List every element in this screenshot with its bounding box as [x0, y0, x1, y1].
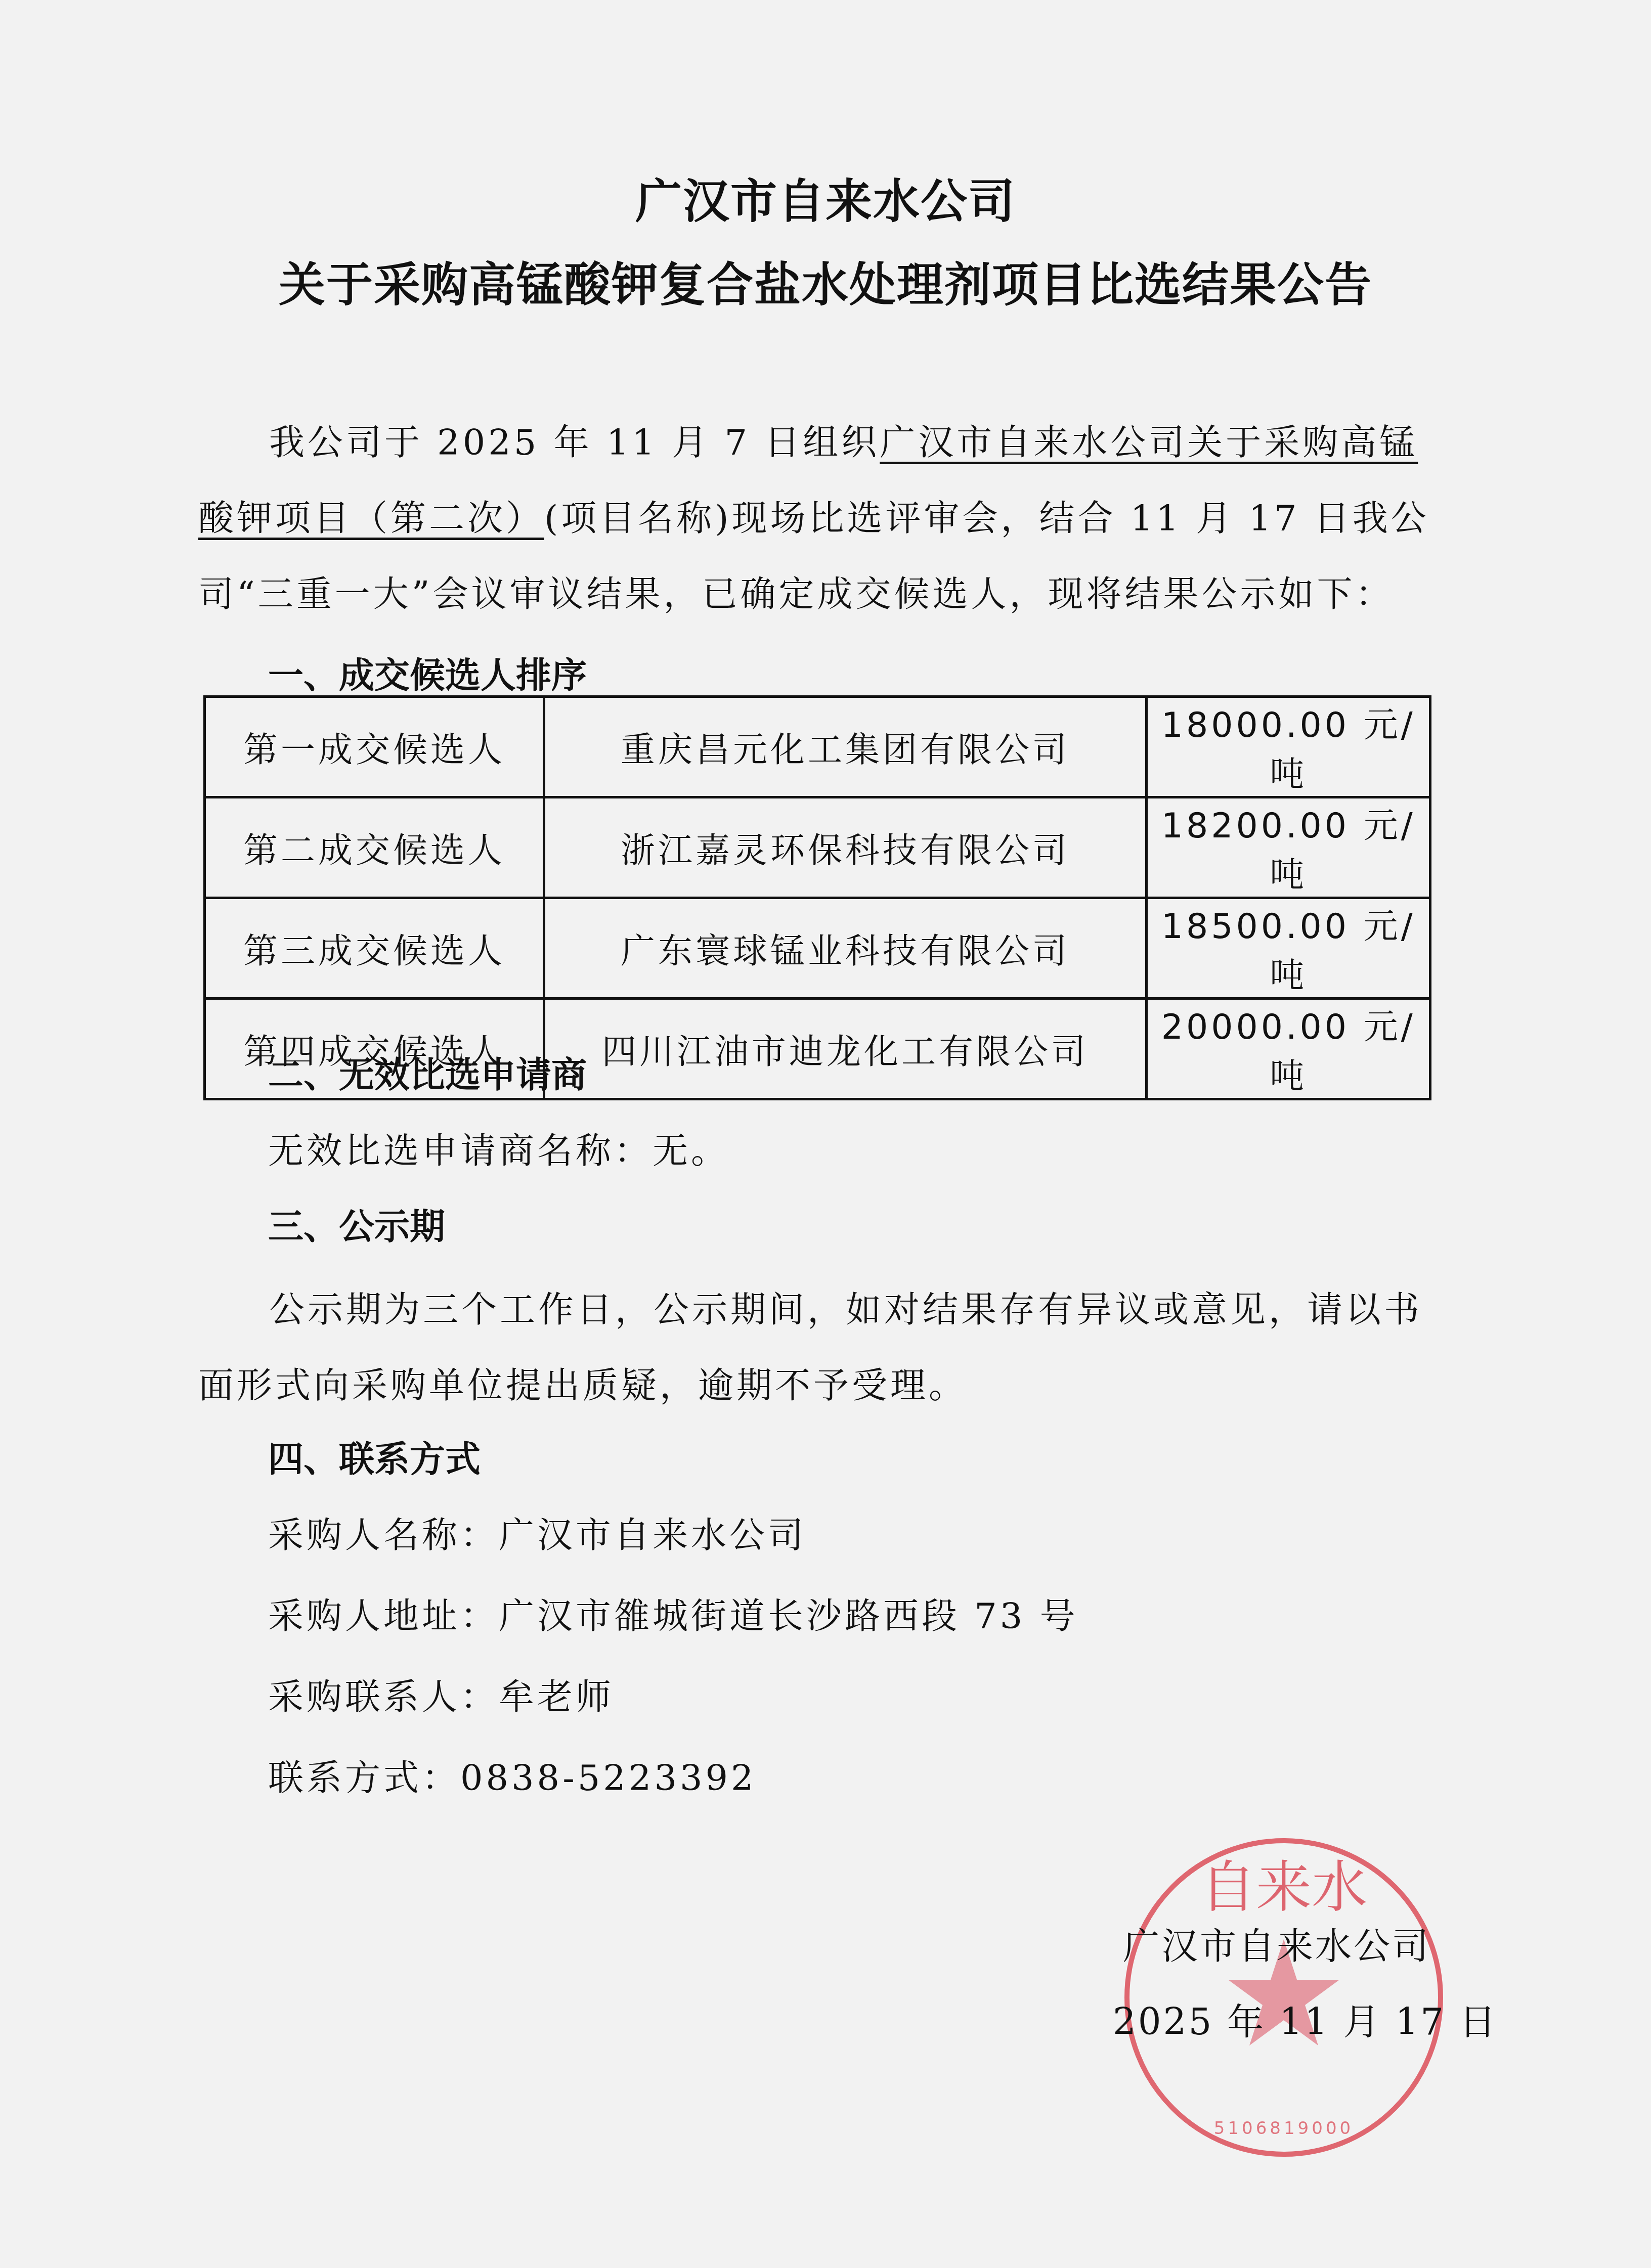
intro-prefix: 我公司于 2025 年 11 月 7 日组织: [269, 422, 880, 463]
company-cell: 广东寰球锰业科技有限公司: [544, 898, 1146, 999]
rank-cell: 第二成交候选人: [205, 797, 544, 898]
company-cell: 四川江油市迪龙化工有限公司: [544, 999, 1146, 1099]
svg-text:5106819000: 5106819000: [1214, 2118, 1354, 2139]
rank-cell: 第一成交候选人: [205, 697, 544, 797]
announcement-page: 广汉市自来水公司 关于采购高锰酸钾复合盐水处理剂项目比选结果公告 我公司于 20…: [0, 0, 1651, 2268]
purchaser-address: 采购人地址：广汉市雒城街道长沙路西段 73 号: [268, 1588, 1078, 1639]
contact-phone: 联系方式：0838-5223392: [268, 1750, 757, 1801]
price-cell: 18200.00 元/吨: [1147, 797, 1430, 898]
purchaser-name: 采购人名称：广汉市自来水公司: [268, 1507, 806, 1558]
table-row: 第一成交候选人 重庆昌元化工集团有限公司 18000.00 元/吨: [205, 697, 1430, 797]
publicity-period-text: 公示期为三个工作日，公示期间，如对结果存有异议或意见，请以书面形式向采购单位提出…: [198, 1272, 1438, 1424]
section-heading-contact: 四、联系方式: [268, 1431, 481, 1482]
price-cell: 20000.00 元/吨: [1147, 999, 1430, 1099]
signature-company: 广汉市自来水公司: [1123, 1917, 1430, 1969]
intro-paragraph: 我公司于 2025 年 11 月 7 日组织广汉市自来水公司关于采购高锰酸钾项目…: [198, 405, 1438, 632]
price-cell: 18500.00 元/吨: [1147, 898, 1430, 999]
document-title-org: 广汉市自来水公司: [0, 164, 1651, 231]
svg-text:自来水: 自来水: [1200, 1855, 1367, 1920]
section-heading-invalid-applicants: 二、无效比选申请商: [268, 1047, 587, 1098]
table-row: 第二成交候选人 浙江嘉灵环保科技有限公司 18200.00 元/吨: [205, 797, 1430, 898]
price-cell: 18000.00 元/吨: [1147, 697, 1430, 797]
document-title: 关于采购高锰酸钾复合盐水处理剂项目比选结果公告: [0, 248, 1651, 315]
candidate-ranking-table: 第一成交候选人 重庆昌元化工集团有限公司 18000.00 元/吨 第二成交候选…: [203, 695, 1431, 1100]
invalid-applicants-text: 无效比选申请商名称：无。: [268, 1123, 729, 1174]
signature-date: 2025 年 11 月 17 日: [1113, 1992, 1498, 2045]
company-cell: 浙江嘉灵环保科技有限公司: [544, 797, 1146, 898]
table-row: 第三成交候选人 广东寰球锰业科技有限公司 18500.00 元/吨: [205, 898, 1430, 999]
section-heading-publicity-period: 三、公示期: [268, 1198, 445, 1250]
rank-cell: 第三成交候选人: [205, 898, 544, 999]
company-cell: 重庆昌元化工集团有限公司: [544, 697, 1146, 797]
contact-person: 采购联系人：牟老师: [268, 1669, 614, 1720]
section-heading-ranking: 一、成交候选人排序: [268, 647, 587, 698]
